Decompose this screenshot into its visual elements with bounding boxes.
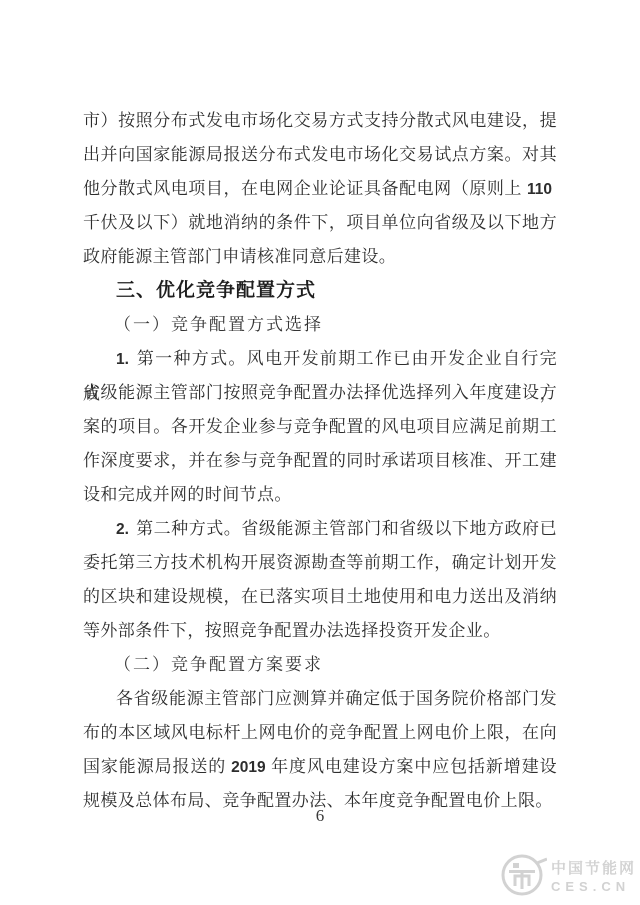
number-2019: 2019: [231, 759, 265, 776]
watermark-text: 中国节能网 CES.CN: [551, 859, 636, 895]
paragraph-line: 他分散式风电项目，在电网企业论证具备配电网（原则上110: [83, 172, 557, 206]
paragraph-text: 年度风电建设方案中应包括新增建设: [271, 757, 557, 776]
number-110: 110: [527, 181, 552, 198]
paragraph-line: 省级能源主管部门按照竞争配置办法择优选择列入年度建设方: [83, 376, 557, 410]
paragraph-line: 作深度要求，并在参与竞争配置的同时承诺项目核准、开工建: [83, 444, 557, 478]
paragraph-line: 设和完成并网的时间节点。: [83, 478, 557, 512]
list-number-2: 2.: [116, 521, 129, 538]
paragraph-line: 市）按照分布式发电市场化交易方式支持分散式风电建设，提: [83, 104, 557, 138]
paragraph-line: 国家能源局报送的2019年度风电建设方案中应包括新增建设: [83, 750, 557, 784]
section-heading: 三、优化竞争配置方式: [83, 274, 557, 308]
watermark-site-name: 中国节能网: [551, 859, 636, 878]
paragraph-line: 1.第一种方式。风电开发前期工作已由开发企业自行完成，: [83, 342, 557, 376]
paragraph-line: 千伏及以下）就地消纳的条件下，项目单位向省级及以下地方: [83, 206, 557, 240]
paragraph-text: 国家能源局报送的: [83, 757, 226, 776]
ces-logo-icon: [499, 850, 547, 903]
paragraph-line: 政府能源主管部门申请核准同意后建设。: [83, 240, 557, 274]
subsection-heading-1: （一）竞争配置方式选择: [83, 308, 557, 342]
subsection-heading-2: （二）竞争配置方案要求: [83, 648, 557, 682]
paragraph-line: 布的本区域风电标杆上网电价的竞争配置上网电价上限，在向: [83, 716, 557, 750]
paragraph-text: 第二种方式。省级能源主管部门和省级以下地方政府已: [136, 519, 557, 538]
page-number: 6: [0, 804, 640, 828]
paragraph-line: 2.第二种方式。省级能源主管部门和省级以下地方政府已: [83, 512, 557, 546]
paragraph-line: 各省级能源主管部门应测算并确定低于国务院价格部门发: [83, 682, 557, 716]
paragraph-line: 的区块和建设规模，在已落实项目土地使用和电力送出及消纳: [83, 580, 557, 614]
watermark-site-url: CES.CN: [551, 878, 636, 895]
text-block: 市）按照分布式发电市场化交易方式支持分散式风电建设，提 出并向国家能源局报送分布…: [83, 104, 557, 818]
watermark: 中国节能网 CES.CN: [499, 850, 636, 903]
paragraph-line: 委托第三方技术机构开展资源勘查等前期工作，确定计划开发: [83, 546, 557, 580]
document-page: { "content": { "p1_l1": "市）按照分布式发电市场化交易方…: [0, 0, 640, 905]
paragraph-line: 案的项目。各开发企业参与竞争配置的风电项目应满足前期工: [83, 410, 557, 444]
list-number-1: 1.: [116, 351, 129, 368]
paragraph-line: 等外部条件下，按照竞争配置办法选择投资开发企业。: [83, 614, 557, 648]
paragraph-line: 出并向国家能源局报送分布式发电市场化交易试点方案。对其: [83, 138, 557, 172]
paragraph-text: 他分散式风电项目，在电网企业论证具备配电网（原则上: [83, 179, 522, 198]
